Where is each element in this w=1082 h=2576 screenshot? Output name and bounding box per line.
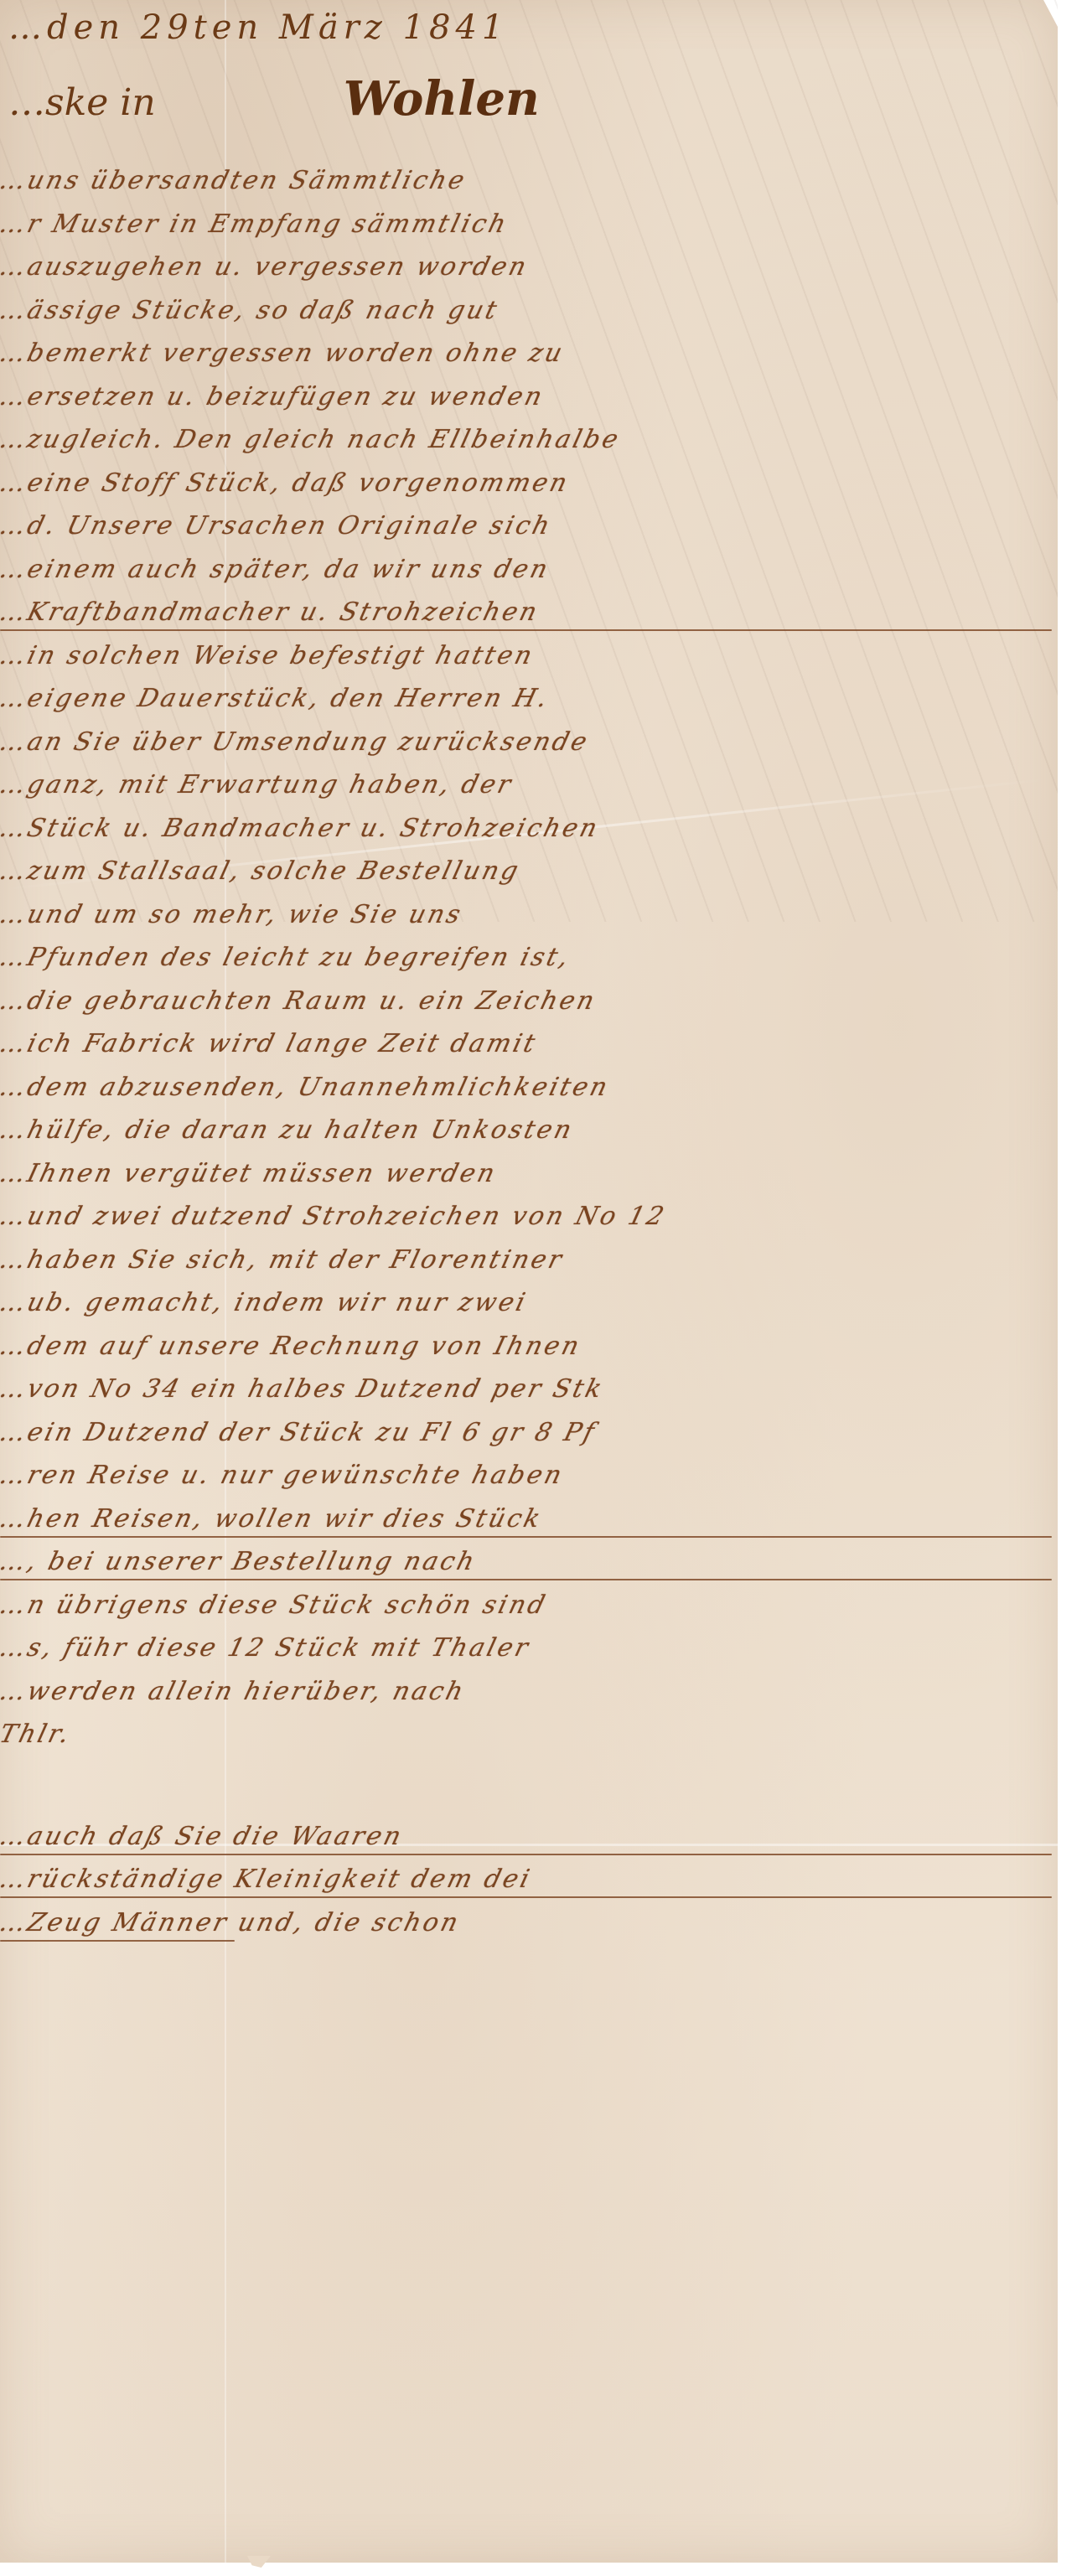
handwritten-line: …ässige Stücke, so daß nach gut <box>0 289 1057 333</box>
handwritten-line: …rückständige Kleinigkeit dem dei <box>0 1858 1057 1901</box>
ink-underline-stroke <box>0 629 1052 631</box>
handwritten-line: …die gebrauchten Raum u. ein Zeichen <box>0 980 1057 1023</box>
letter-date: …den 29ten März 1841 <box>8 8 508 47</box>
handwritten-line: …s, führ diese 12 Stück mit Thaler <box>0 1627 1057 1670</box>
handwritten-line: …werden allein hierüber, nach <box>0 1670 1057 1714</box>
handwritten-line: …hen Reisen, wollen wir dies Stück <box>0 1497 1057 1541</box>
handwritten-line: …auszugehen u. vergessen worden <box>0 246 1057 289</box>
handwritten-line: …einem auch später, da wir uns den <box>0 548 1057 592</box>
ink-underline-stroke <box>0 1940 235 1942</box>
handwritten-line: …Ihnen vergütet müssen werden <box>0 1152 1057 1196</box>
handwritten-line <box>0 1756 1059 1815</box>
handwritten-line: …r Muster in Empfang sämmtlich <box>0 203 1057 246</box>
handwritten-line: …an Sie über Umsendung zurücksende <box>0 721 1057 764</box>
ink-underline-stroke <box>0 1579 1052 1580</box>
handwritten-line: …Pfunden des leicht zu begreifen ist, <box>0 936 1057 980</box>
handwritten-line: …hülfe, die daran zu halten Unkosten <box>0 1109 1057 1152</box>
handwritten-line: …ub. gemacht, indem wir nur zwei <box>0 1281 1057 1325</box>
handwritten-line: …Stück u. Bandmacher u. Strohzeichen <box>0 807 1057 851</box>
letter-place-line: …ske in Wohlen <box>8 71 540 127</box>
salutation-prefix: …ske in <box>8 81 156 124</box>
handwritten-line: …eine Stoff Stück, daß vorgenommen <box>0 462 1057 505</box>
handwritten-line: …ren Reise u. nur gewünschte haben <box>0 1454 1057 1497</box>
handwritten-line: …auch daß Sie die Waaren <box>0 1815 1057 1859</box>
place-name: Wohlen <box>344 71 540 127</box>
handwritten-line: …in solchen Weise befestigt hatten <box>0 634 1057 678</box>
ink-underline-stroke <box>0 1854 1052 1855</box>
handwritten-line: …n übrigens diese Stück schön sind <box>0 1584 1057 1627</box>
letter-body: …uns übersandten Sämmtliche…r Muster in … <box>0 159 1052 1944</box>
handwritten-line: …und um so mehr, wie Sie uns <box>0 893 1057 937</box>
handwritten-line: …d. Unsere Ursachen Originale sich <box>0 504 1057 548</box>
handwritten-line: …Kraftbandmacher u. Strohzeichen <box>0 591 1057 634</box>
handwritten-line: …Zeug Männer und, die schon <box>0 1901 1057 1945</box>
handwritten-line: …ganz, mit Erwartung haben, der <box>0 763 1057 807</box>
handwritten-line: …uns übersandten Sämmtliche <box>0 159 1057 203</box>
handwritten-line: …von No 34 ein halbes Dutzend per Stk <box>0 1368 1057 1411</box>
handwritten-line: …zum Stallsaal, solche Bestellung <box>0 850 1057 893</box>
handwritten-line: …bemerkt vergessen worden ohne zu <box>0 332 1057 375</box>
handwritten-line: …, bei unserer Bestellung nach <box>0 1540 1057 1584</box>
ink-underline-stroke <box>0 1896 1052 1898</box>
handwritten-line: …zugleich. Den gleich nach Ellbeinhalbe <box>0 418 1057 462</box>
handwritten-line: …ersetzen u. beizufügen zu wenden <box>0 375 1057 419</box>
handwritten-line: …haben Sie sich, mit der Florentiner <box>0 1239 1057 1282</box>
handwritten-line: …und zwei dutzend Strohzeichen von No 12 <box>0 1195 1057 1239</box>
handwritten-line: …dem abzusenden, Unannehmlichkeiten <box>0 1066 1057 1110</box>
handwritten-line: …ein Dutzend der Stück zu Fl 6 gr 8 Pf <box>0 1411 1057 1455</box>
ink-underline-stroke <box>0 1536 1052 1538</box>
handwritten-line: …ich Fabrick wird lange Zeit damit <box>0 1022 1057 1066</box>
handwritten-line: Thlr. <box>0 1713 1057 1756</box>
handwritten-line: …dem auf unsere Rechnung von Ihnen <box>0 1325 1057 1368</box>
handwritten-line: …eigene Dauerstück, den Herren H. <box>0 677 1057 721</box>
